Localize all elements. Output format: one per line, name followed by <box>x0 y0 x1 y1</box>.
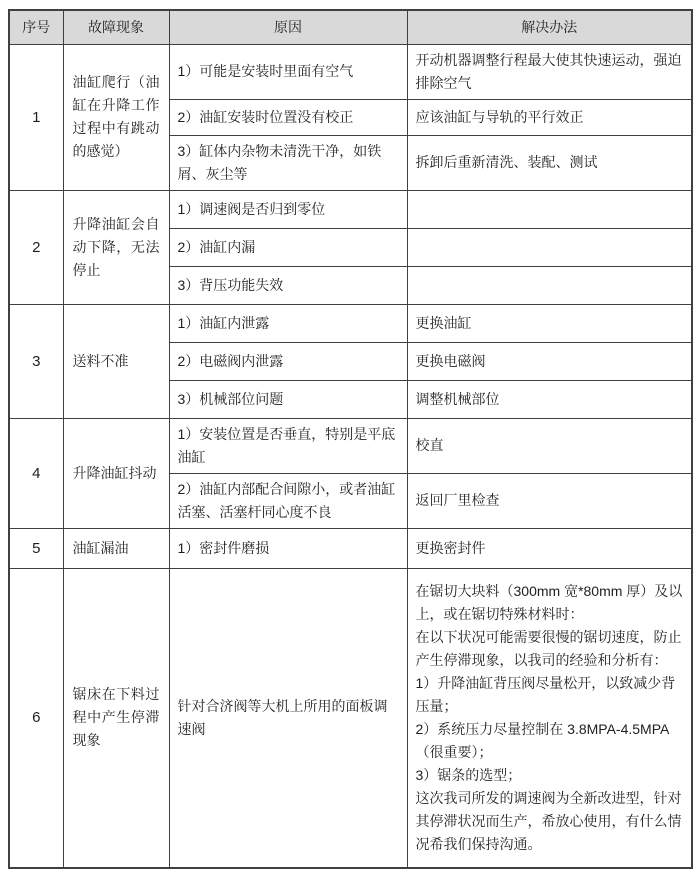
solution-cell: 在锯切大块料（300mm 宽*80mm 厚）及以上，或在锯切特殊材料时： 在以下… <box>407 568 692 868</box>
cause-cell: 3）机械部位问题 <box>169 380 407 418</box>
cause-cell: 2）油缸内漏 <box>169 228 407 266</box>
solution-cell <box>407 266 692 304</box>
cause-cell: 1）调速阀是否归到零位 <box>169 190 407 228</box>
cause-cell: 1）密封件磨损 <box>169 528 407 568</box>
fault-phenomenon: 升降油缸会自动下降，无法停止 <box>63 190 169 304</box>
table-header-row: 序号 故障现象 原因 解决办法 <box>9 10 692 44</box>
solution-cell: 返回厂里检查 <box>407 473 692 528</box>
solution-cell: 更换密封件 <box>407 528 692 568</box>
table-row: 3 送料不准 1）油缸内泄露 更换油缸 <box>9 304 692 342</box>
solution-cell: 开动机器调整行程最大使其快速运动，强迫排除空气 <box>407 44 692 99</box>
cause-cell: 3）缸体内杂物未清洗干净，如铁屑、灰尘等 <box>169 135 407 190</box>
solution-cell <box>407 228 692 266</box>
solution-cell <box>407 190 692 228</box>
troubleshooting-table: 序号 故障现象 原因 解决办法 1 油缸爬行（油缸在升降工作过程中有跳动的感觉）… <box>8 9 693 869</box>
table-row: 4 升降油缸抖动 1）安装位置是否垂直，特别是平底油缸 校直 <box>9 418 692 473</box>
solution-cell: 校直 <box>407 418 692 473</box>
cause-cell: 1）安装位置是否垂直，特别是平底油缸 <box>169 418 407 473</box>
header-col-solution: 解决办法 <box>407 10 692 44</box>
cause-cell: 2）电磁阀内泄露 <box>169 342 407 380</box>
row-number: 4 <box>9 418 63 528</box>
solution-cell: 更换电磁阀 <box>407 342 692 380</box>
solution-cell: 拆卸后重新清洗、装配、测试 <box>407 135 692 190</box>
table-row: 1 油缸爬行（油缸在升降工作过程中有跳动的感觉） 1）可能是安装时里面有空气 开… <box>9 44 692 99</box>
cause-cell: 1）油缸内泄露 <box>169 304 407 342</box>
row-number: 6 <box>9 568 63 868</box>
fault-phenomenon: 油缸爬行（油缸在升降工作过程中有跳动的感觉） <box>63 44 169 190</box>
cause-cell: 2）油缸内部配合间隙小，或者油缸活塞、活塞杆同心度不良 <box>169 473 407 528</box>
row-number: 5 <box>9 528 63 568</box>
fault-phenomenon: 油缸漏油 <box>63 528 169 568</box>
solution-cell: 应该油缸与导轨的平行效正 <box>407 99 692 135</box>
table-row: 2 升降油缸会自动下降，无法停止 1）调速阀是否归到零位 <box>9 190 692 228</box>
document-page: 序号 故障现象 原因 解决办法 1 油缸爬行（油缸在升降工作过程中有跳动的感觉）… <box>0 0 700 869</box>
solution-cell: 调整机械部位 <box>407 380 692 418</box>
header-col-number: 序号 <box>9 10 63 44</box>
row-number: 2 <box>9 190 63 304</box>
cause-cell: 针对合济阀等大机上所用的面板调速阀 <box>169 568 407 868</box>
row-number: 3 <box>9 304 63 418</box>
header-col-cause: 原因 <box>169 10 407 44</box>
row-number: 1 <box>9 44 63 190</box>
header-col-phenomenon: 故障现象 <box>63 10 169 44</box>
fault-phenomenon: 送料不准 <box>63 304 169 418</box>
table-row: 6 锯床在下料过程中产生停滞现象 针对合济阀等大机上所用的面板调速阀 在锯切大块… <box>9 568 692 868</box>
cause-cell: 1）可能是安装时里面有空气 <box>169 44 407 99</box>
fault-phenomenon: 锯床在下料过程中产生停滞现象 <box>63 568 169 868</box>
fault-phenomenon: 升降油缸抖动 <box>63 418 169 528</box>
cause-cell: 3）背压功能失效 <box>169 266 407 304</box>
table-row: 5 油缸漏油 1）密封件磨损 更换密封件 <box>9 528 692 568</box>
cause-cell: 2）油缸安装时位置没有校正 <box>169 99 407 135</box>
solution-cell: 更换油缸 <box>407 304 692 342</box>
